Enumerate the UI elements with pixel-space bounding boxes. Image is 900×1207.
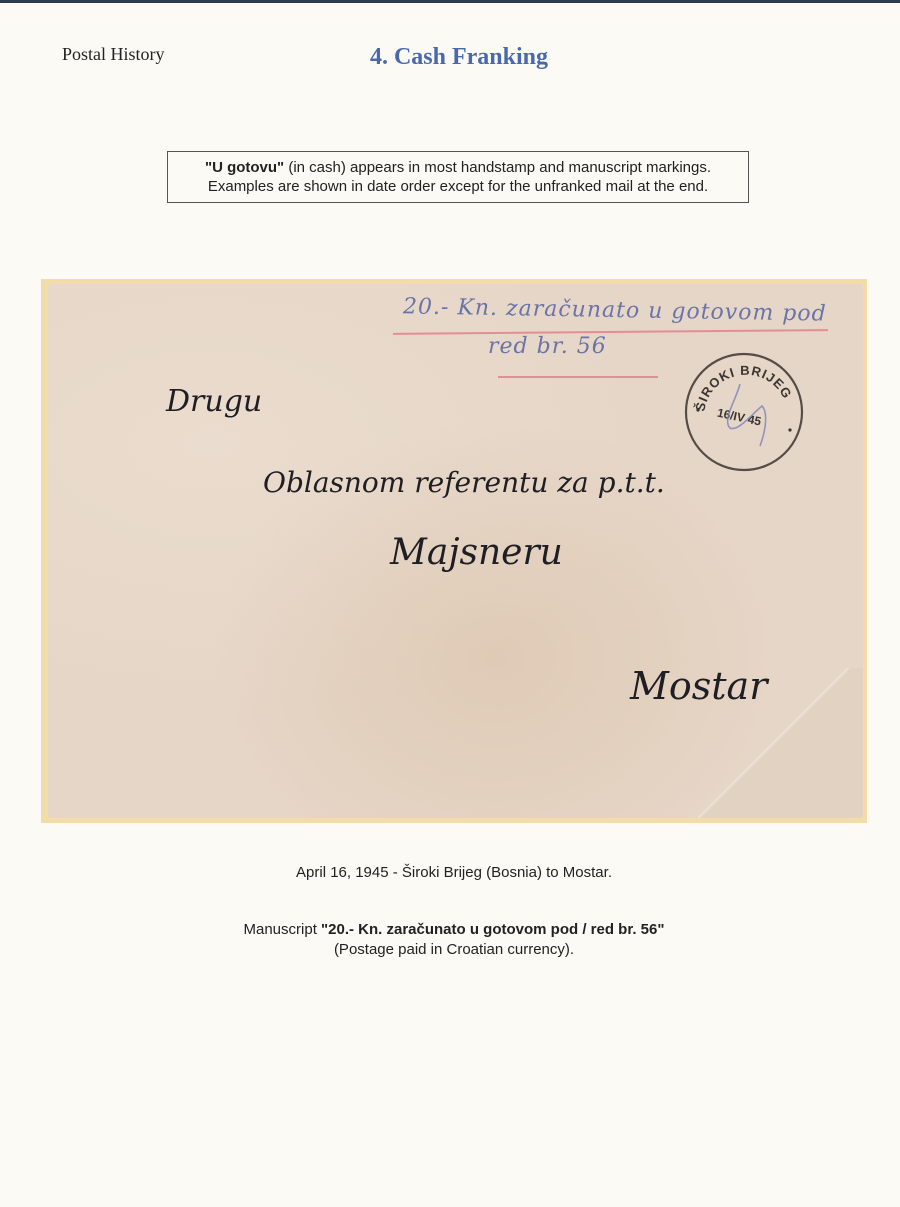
intro-note-box: "U gotovu" (in cash) appears in most han… <box>167 151 749 203</box>
manuscript-marking-line-2: red br. 56 <box>488 334 607 359</box>
manuscript-marking-line-1: 20.- Kn. zaračunato u gotovom pod <box>403 294 827 326</box>
address-line-3: Majsneru <box>390 532 563 573</box>
intro-line-2: Examples are shown in date order except … <box>168 177 748 196</box>
postmark-cancel-icon: ŠIROKI BRIJEG 16/IV 45 <box>682 350 806 474</box>
red-underline-1 <box>393 329 828 335</box>
red-underline-2 <box>498 376 658 378</box>
intro-line-1-rest: (in cash) appears in most handstamp and … <box>284 159 711 176</box>
address-line-2: Oblasnom referentu za p.t.t. <box>263 466 665 499</box>
intro-line-1: "U gotovu" (in cash) appears in most han… <box>168 158 748 177</box>
page-title: 4. Cash Franking <box>0 44 900 71</box>
address-line-4: Mostar <box>630 664 767 708</box>
caption-manuscript: Manuscript "20.- Kn. zaračunato u gotovo… <box>0 921 900 938</box>
caption-manuscript-prefix: Manuscript <box>244 921 322 938</box>
address-line-1: Drugu <box>166 384 262 419</box>
intro-bold-term: "U gotovu" <box>205 159 284 176</box>
caption-date-route: April 16, 1945 - Široki Brijeg (Bosnia) … <box>0 864 900 881</box>
postal-cover-image: 20.- Kn. zaračunato u gotovom pod red br… <box>48 284 863 818</box>
postmark-town: ŠIROKI BRIJEG <box>692 363 795 413</box>
svg-text:ŠIROKI BRIJEG: ŠIROKI BRIJEG <box>692 363 795 413</box>
caption-manuscript-text: "20.- Kn. zaračunato u gotovom pod / red… <box>321 921 664 938</box>
caption-note: (Postage paid in Croatian currency). <box>0 941 900 958</box>
top-border <box>0 0 900 3</box>
